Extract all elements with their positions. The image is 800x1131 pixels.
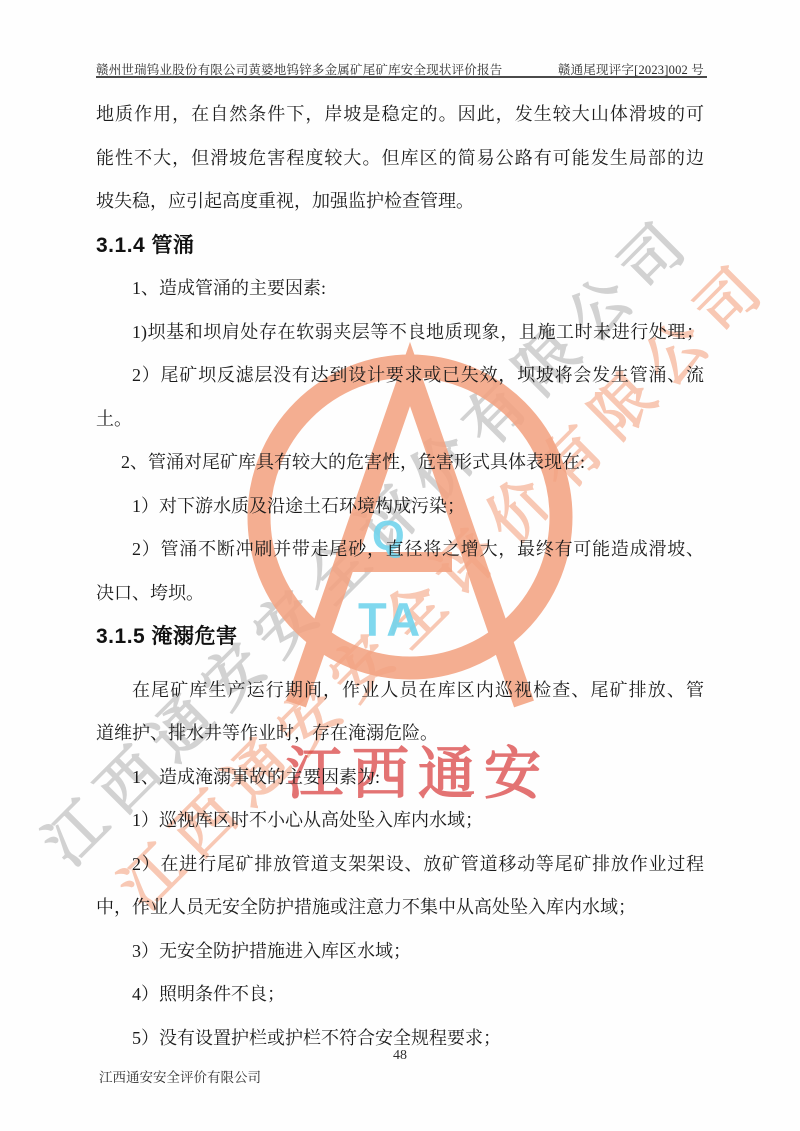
body-line: 中，作业人员无安全防护措施或注意力不集中从高处坠入库内水域； (96, 886, 704, 930)
section-heading-3-1-4: 3.1.4 管涌 (96, 224, 704, 268)
header-divider (96, 76, 707, 78)
body-line: 土。 (96, 398, 704, 442)
body-line: 1、造成管涌的主要因素: (96, 267, 704, 311)
body-line: 地质作用，在自然条件下，岸坡是稳定的。因此，发生较大山体滑坡的可 (96, 93, 704, 137)
page-header: 赣州世瑞钨业股份有限公司黄婆地钨锌多金属矿尾矿库安全现状评价报告 赣通尾现评字[… (96, 54, 704, 78)
body-line: 能性不大，但滑坡危害程度较大。但库区的简易公路有可能发生局部的边 (96, 137, 704, 181)
body-line: 在尾矿库生产运行期间，作业人员在库区内巡视检查、尾矿排放、管 (96, 669, 704, 713)
document-body: 地质作用，在自然条件下，岸坡是稳定的。因此，发生较大山体滑坡的可 能性不大，但滑… (96, 93, 704, 1060)
body-line: 2）尾矿坝反滤层没有达到设计要求或已失效，坝坡将会发生管涌、流 (96, 354, 704, 398)
section-heading-3-1-5: 3.1.5 淹溺危害 (96, 615, 704, 659)
document-page: 江西通安安全评价有限公司 江西通安安全评价有限公司 Q TA 江西通安 赣州世瑞… (0, 0, 800, 1131)
body-line: 4）照明条件不良； (96, 973, 704, 1017)
page-number: 48 (0, 1048, 800, 1064)
body-line: 1)坝基和坝肩处存在软弱夹层等不良地质现象，且施工时未进行处理； (96, 311, 704, 355)
body-line: 道维护、排水井等作业时，存在淹溺危险。 (96, 712, 704, 756)
body-line: 2）在进行尾矿排放管道支架架设、放矿管道移动等尾矿排放作业过程 (96, 843, 704, 887)
body-line: 2）管涌不断冲刷并带走尾砂，直径将之增大，最终有可能造成滑坡、 (96, 528, 704, 572)
body-line: 3）无安全防护措施进入库区水域； (96, 930, 704, 974)
body-line: 1、造成淹溺事故的主要因素为: (96, 756, 704, 800)
body-line: 1）巡视库区时不小心从高处坠入库内水域； (96, 799, 704, 843)
body-line: 决口、垮坝。 (96, 572, 704, 616)
footer-company: 江西通安安全评价有限公司 (99, 1066, 261, 1086)
body-line: 2、管涌对尾矿库具有较大的危害性，危害形式具体表现在: (96, 441, 704, 485)
body-line: 坡失稳，应引起高度重视，加强监护检查管理。 (96, 180, 704, 224)
body-line: 1）对下游水质及沿途土石环境构成污染； (96, 485, 704, 529)
